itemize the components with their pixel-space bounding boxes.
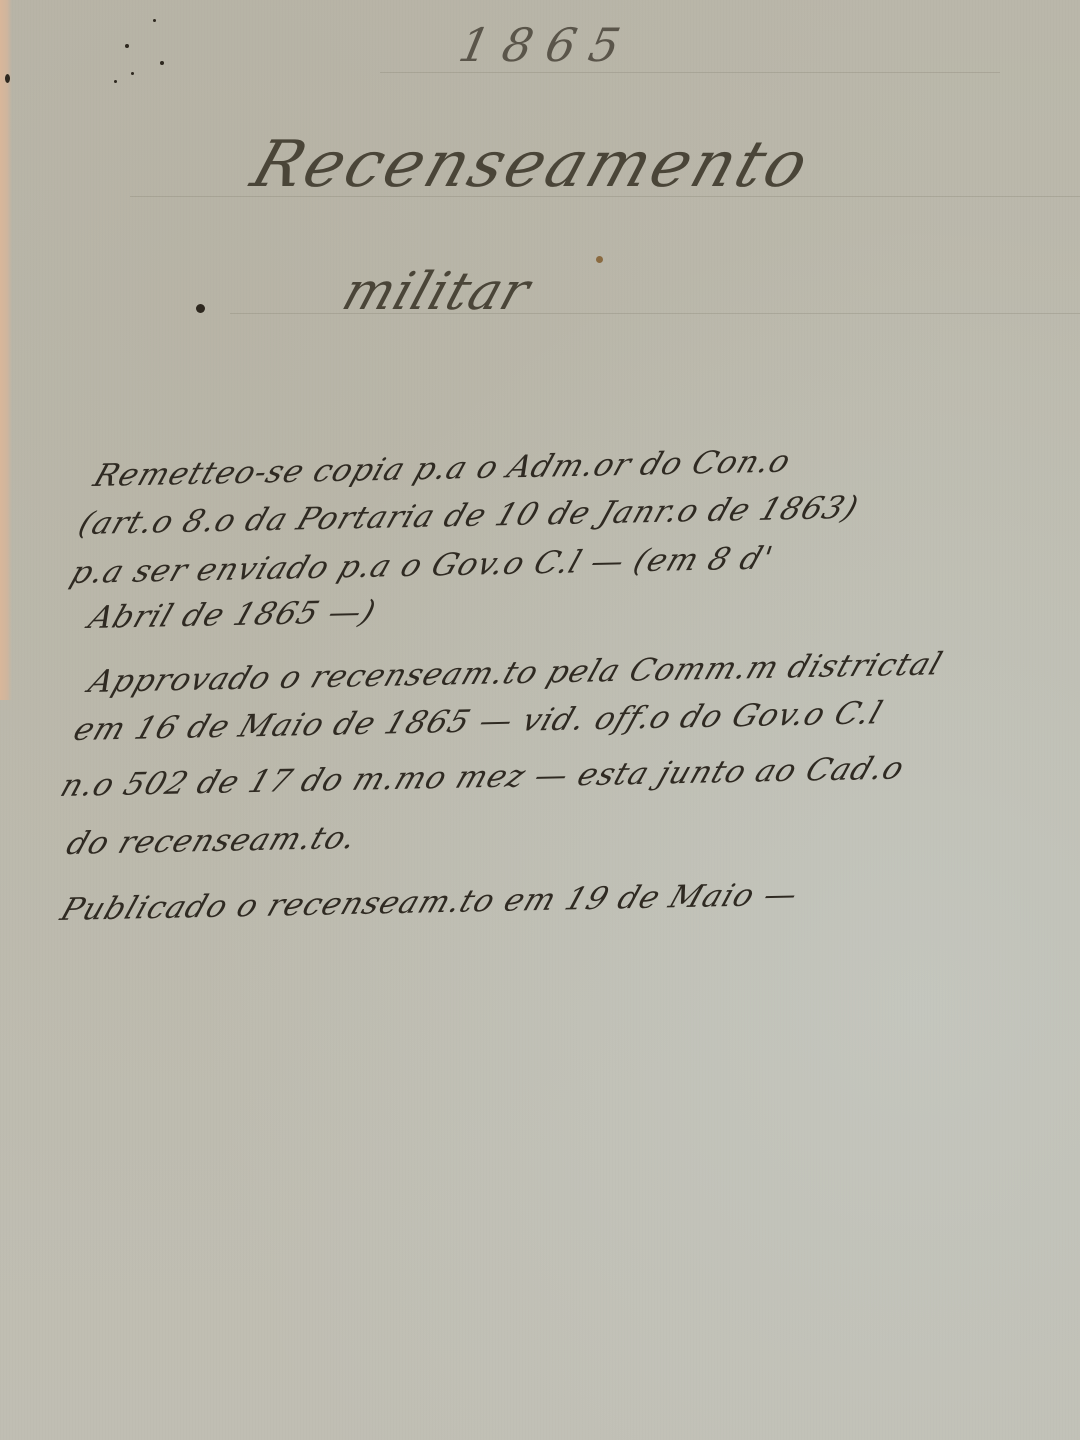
entry-line: p.a ser enviado p.a o Gov.o C.l — (em 8 … [66,540,778,591]
ink-speck [114,80,117,83]
entry-line: Publicado o recenseam.to em 19 de Maio — [56,877,803,928]
entry-line: do recenseam.to. [62,820,362,862]
ink-speck [131,72,134,75]
ink-speck [125,44,129,48]
ink-speck [153,19,156,22]
entry-line: n.o 502 de 17 do m.mo mez — esta junto a… [56,751,910,804]
entry-line: Remetteo-se copia p.a o Adm.or do Con.o [89,444,796,494]
document-year: 1865 [454,18,639,72]
ink-speck [5,74,10,83]
ink-speck [160,61,164,65]
document-page: 1865 Recenseamento militar Remetteo-se c… [0,0,1080,1440]
ink-speck [196,304,205,313]
page-edge [0,0,12,700]
ruled-line [380,72,1000,73]
ink-stain [596,256,603,263]
entry-line: Abril de 1865 —) [84,594,381,636]
entry-line: em 16 de Maio de 1865 — vid. off.o do Go… [69,695,888,748]
document-title: Recenseamento [243,128,820,202]
document-subtitle: militar [335,262,537,322]
entry-line: (art.o 8.o da Portaria de 10 de Janr.o d… [74,490,864,542]
entry-line: Approvado o recenseam.to pela Comm.m dis… [84,646,948,700]
